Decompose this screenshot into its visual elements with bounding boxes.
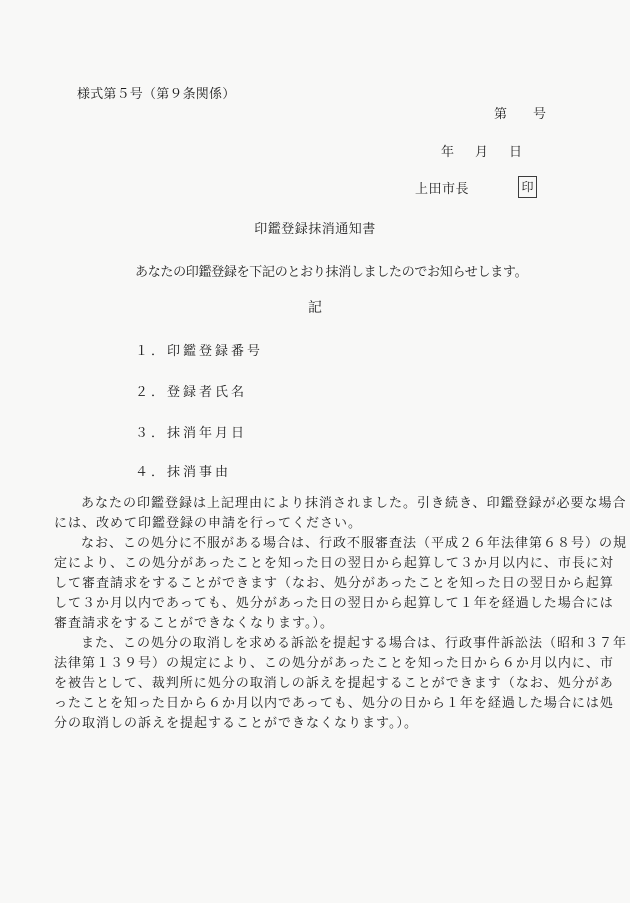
body-line: ったことを知った日から６か月以内であっても、処分の日から１年を経過した場合には処	[54, 694, 616, 714]
body-line: なお、この処分に不服がある場合は、行政不服審査法（平成２６年法律第６８号）の規	[54, 534, 616, 554]
document-page: 様式第５号（第９条関係） 第 号 年 月 日 上田市長 印 印鑑登録抹消通知書 …	[0, 0, 630, 903]
body-text: あなたの印鑑登録は上記理由により抹消されました。引き続き、印鑑登録が必要な場合 …	[54, 494, 616, 734]
seal-box: 印	[518, 176, 537, 198]
seal-mark: 印	[521, 180, 533, 194]
list-item-cancellation-reason: ４．抹消事由	[135, 461, 231, 480]
body-line: して３か月以内であっても、処分があった日の翌日から起算して１年を経過した場合には	[54, 594, 616, 614]
list-item-registrant-name: ２．登録者氏名	[135, 381, 247, 400]
mayor-name: 上田市長	[415, 178, 469, 197]
document-title: 印鑑登録抹消通知書	[0, 218, 630, 237]
list-item-cancellation-date: ３．抹消年月日	[135, 422, 247, 441]
body-line: また、この処分の取消しを求める訴訟を提起する場合は、行政事件訴訟法（昭和３７年	[54, 634, 616, 654]
form-number: 様式第５号（第９条関係）	[77, 83, 235, 102]
document-number-line: 第 号	[494, 103, 546, 122]
ki-heading: 記	[0, 297, 630, 317]
body-line: あなたの印鑑登録は上記理由により抹消されました。引き続き、印鑑登録が必要な場合	[54, 494, 616, 514]
list-item-registration-number: １．印鑑登録番号	[135, 340, 263, 359]
intro-text: あなたの印鑑登録を下記のとおり抹消しましたのでお知らせします。	[135, 261, 527, 280]
body-line: して審査請求をすることができます（なお、処分があったことを知った日の翌日から起算	[54, 574, 616, 594]
body-line: を被告として、裁判所に処分の取消しの訴えを提起することができます（なお、処分があ	[54, 674, 616, 694]
body-line: 分の取消しの訴えを提起することができなくなります。）。	[54, 714, 616, 734]
body-line: には、改めて印鑑登録の申請を行ってください。	[54, 514, 616, 534]
body-line: 審査請求をすることができなくなります。）。	[54, 614, 616, 634]
body-line: 法律第１３９号）の規定により、この処分があったことを知った日から６か月以内に、市	[54, 654, 616, 674]
body-line: 定により、この処分があったことを知った日の翌日から起算して３か月以内に、市長に対	[54, 554, 616, 574]
date-line: 年 月 日	[441, 141, 526, 160]
